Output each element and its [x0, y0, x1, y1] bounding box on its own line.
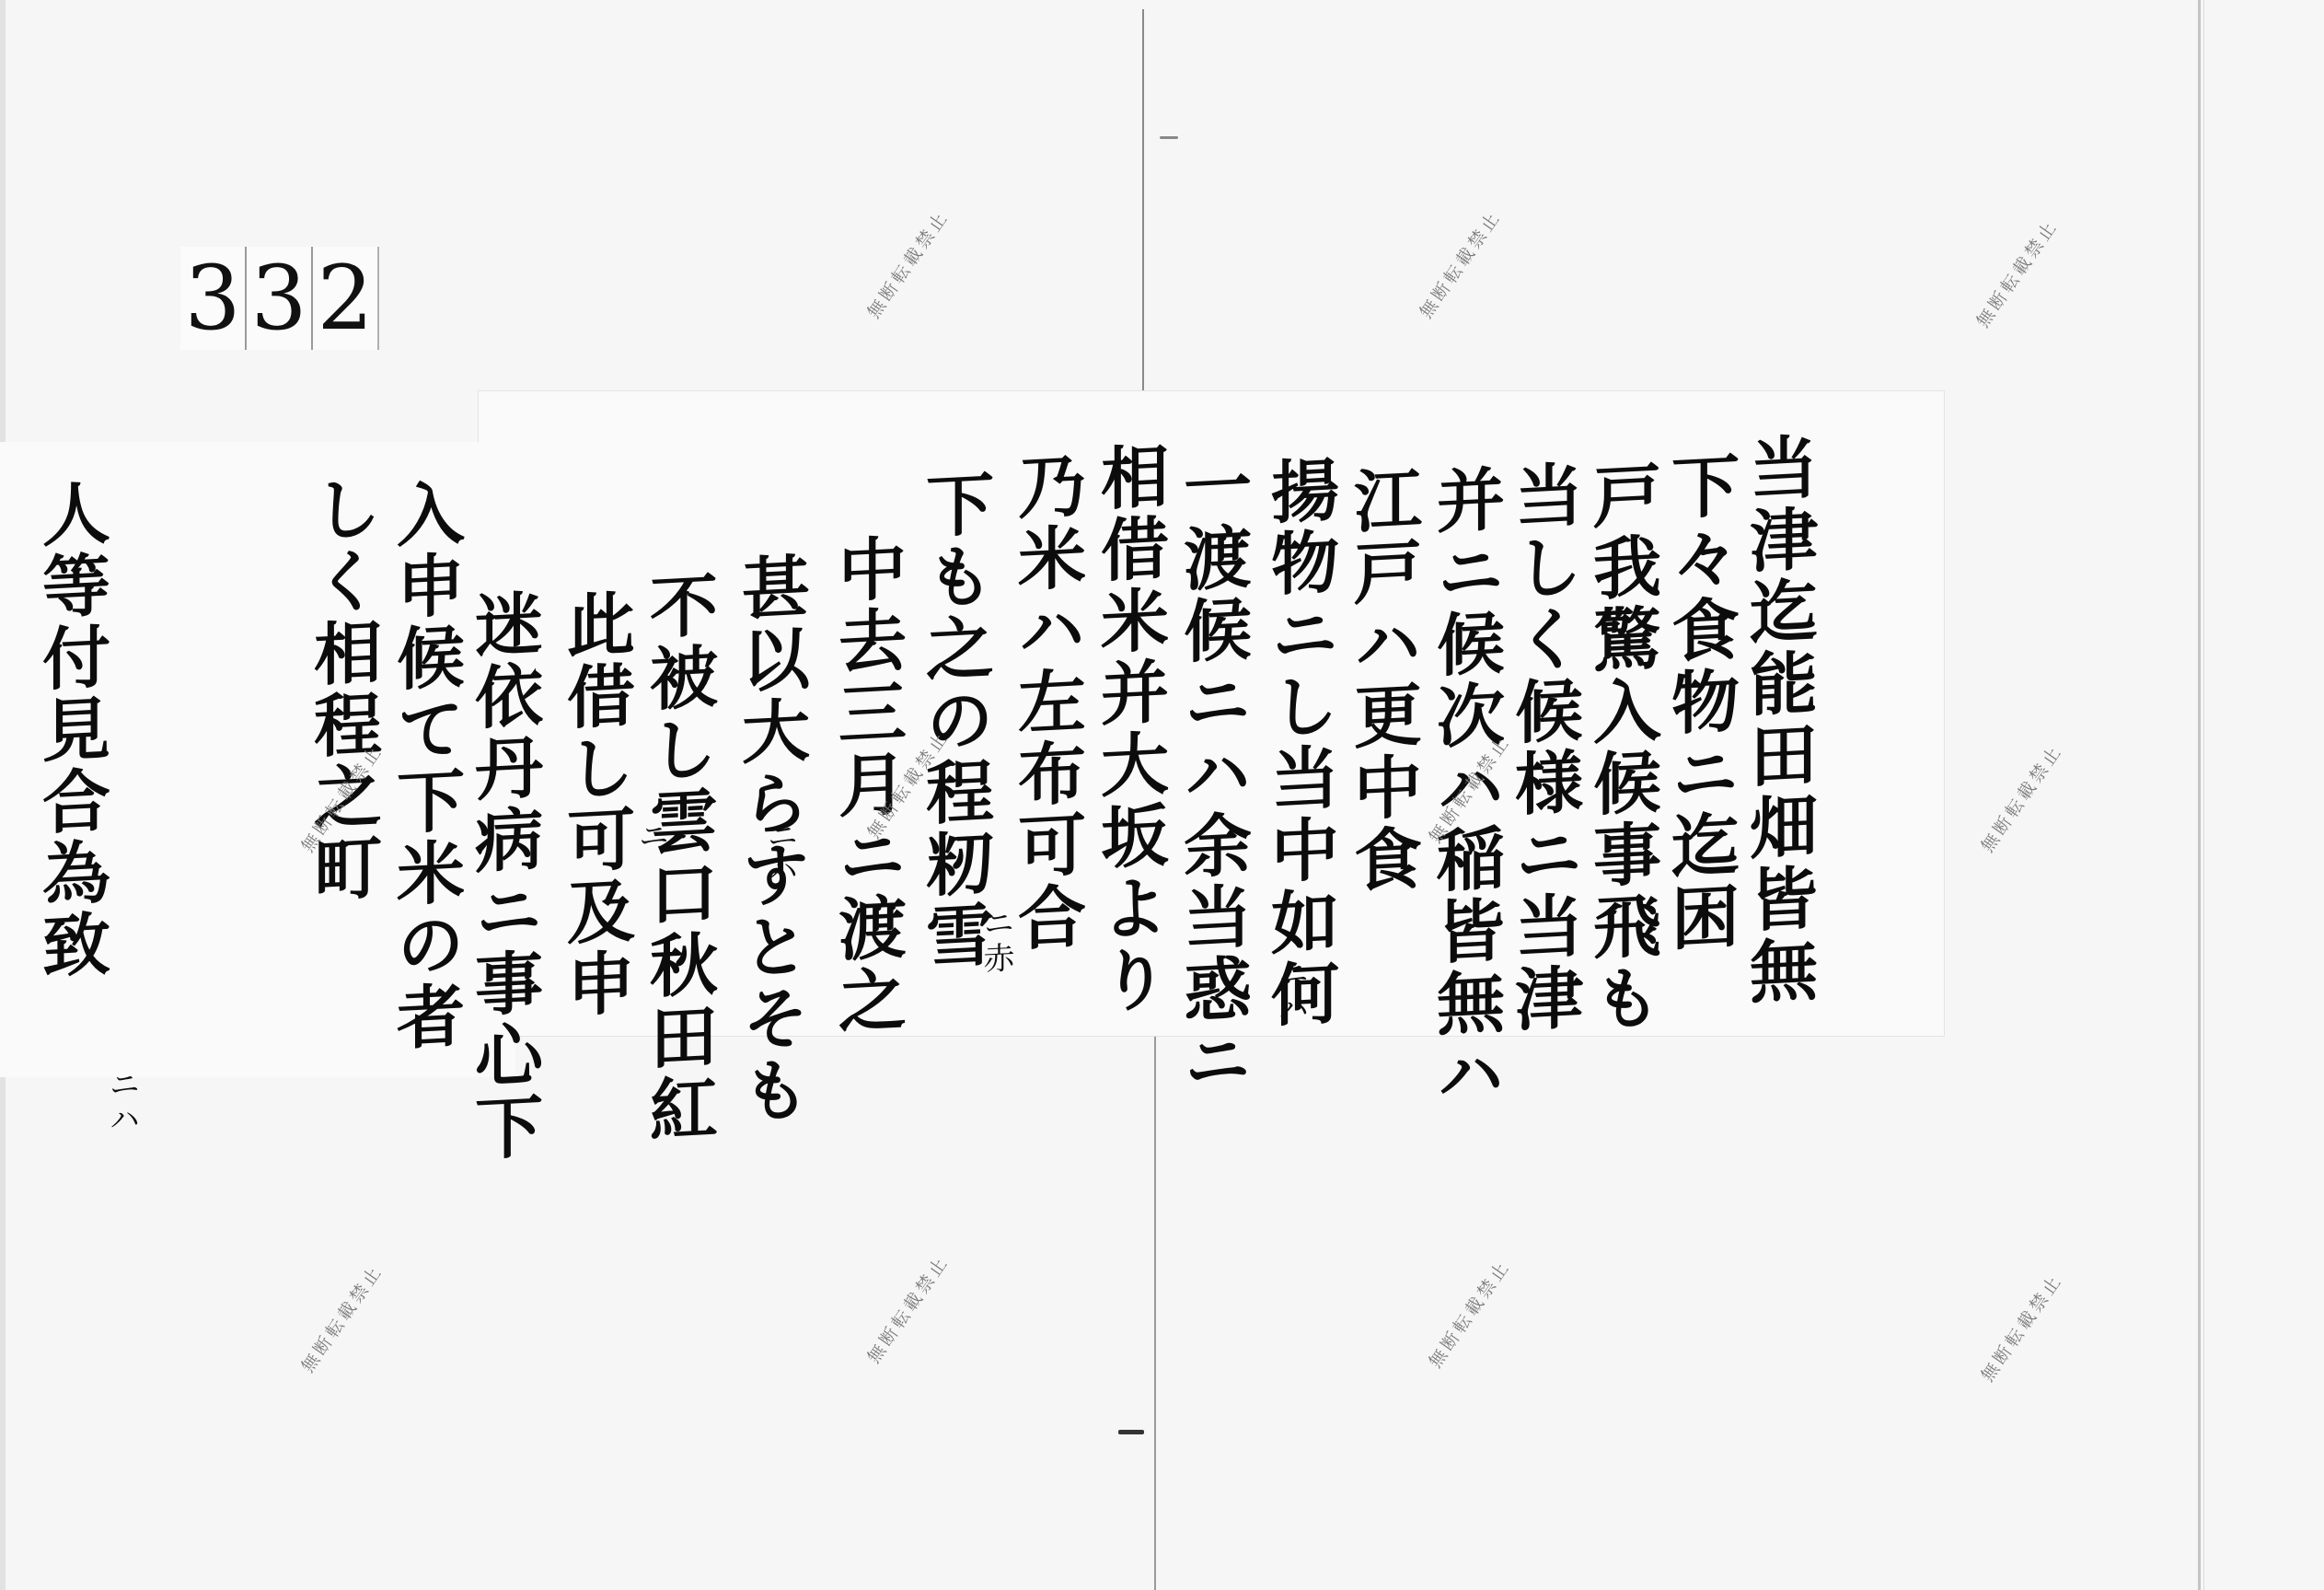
page-number-digit: 2: [313, 247, 379, 350]
watermark-text: 無断転載禁止: [295, 1259, 387, 1377]
manuscript-annotation: ニ: [635, 818, 666, 855]
manuscript-column: 下々食物ニ迄困: [1666, 449, 1734, 956]
manuscript-annotation: ニハ: [764, 818, 795, 890]
watermark-text: 無断転載禁止: [861, 204, 954, 323]
manuscript-annotation: ニ赤: [980, 906, 1012, 978]
ink-speck: [1118, 1430, 1144, 1434]
manuscript-column: 此借し可及申: [561, 587, 630, 1022]
page-number-label: 3 3 2: [180, 247, 379, 350]
ink-speck: [1160, 136, 1178, 139]
manuscript-annotation: ニハ: [106, 1067, 137, 1139]
album-binding-line: [2198, 0, 2201, 1590]
manuscript-column: 不被し雲口秋田紅: [644, 569, 712, 1147]
watermark-text: 無断転載禁止: [861, 1249, 954, 1368]
manuscript-column: 揚物ニし当中如何: [1266, 454, 1334, 1032]
center-fold-line-bottom: [1154, 1031, 1156, 1590]
manuscript-column: 当しく候様ニ当津: [1509, 458, 1578, 1037]
page-number-digit: 3: [180, 247, 247, 350]
manuscript-column: 相借米并大坂より: [1095, 440, 1163, 1018]
watermark-text: 無断転載禁止: [1422, 1254, 1515, 1373]
manuscript-column: 入申候て下米の者: [391, 477, 459, 1055]
manuscript-column: 迷依丹病ニ事心下: [469, 587, 538, 1166]
manuscript-column: 江戸ハ更中食: [1348, 463, 1416, 898]
manuscript-column: 一渡候ニハ余当惑ニ: [1178, 449, 1246, 1099]
page-number-digit: 3: [247, 247, 313, 350]
album-binding-line-inner: [2203, 0, 2204, 1590]
watermark-text: 無断転載禁止: [1413, 204, 1506, 323]
manuscript-column: 乃米ハ左布可合: [1012, 449, 1081, 956]
manuscript-column: 人等付見合為致: [37, 477, 105, 983]
manuscript-column: 戸我驚入候事飛も: [1588, 458, 1656, 1037]
manuscript-column: 当津迄能田畑皆無: [1744, 431, 1812, 1009]
center-fold-line-top: [1142, 9, 1144, 424]
watermark-text: 無断転載禁止: [1970, 214, 2063, 332]
watermark-text: 無断転載禁止: [1974, 1268, 2067, 1387]
watermark-text: 無断転載禁止: [1974, 738, 2067, 857]
manuscript-column: 下も之の程籾雪: [920, 468, 989, 974]
manuscript-annotation: ニハ: [1275, 957, 1306, 1028]
